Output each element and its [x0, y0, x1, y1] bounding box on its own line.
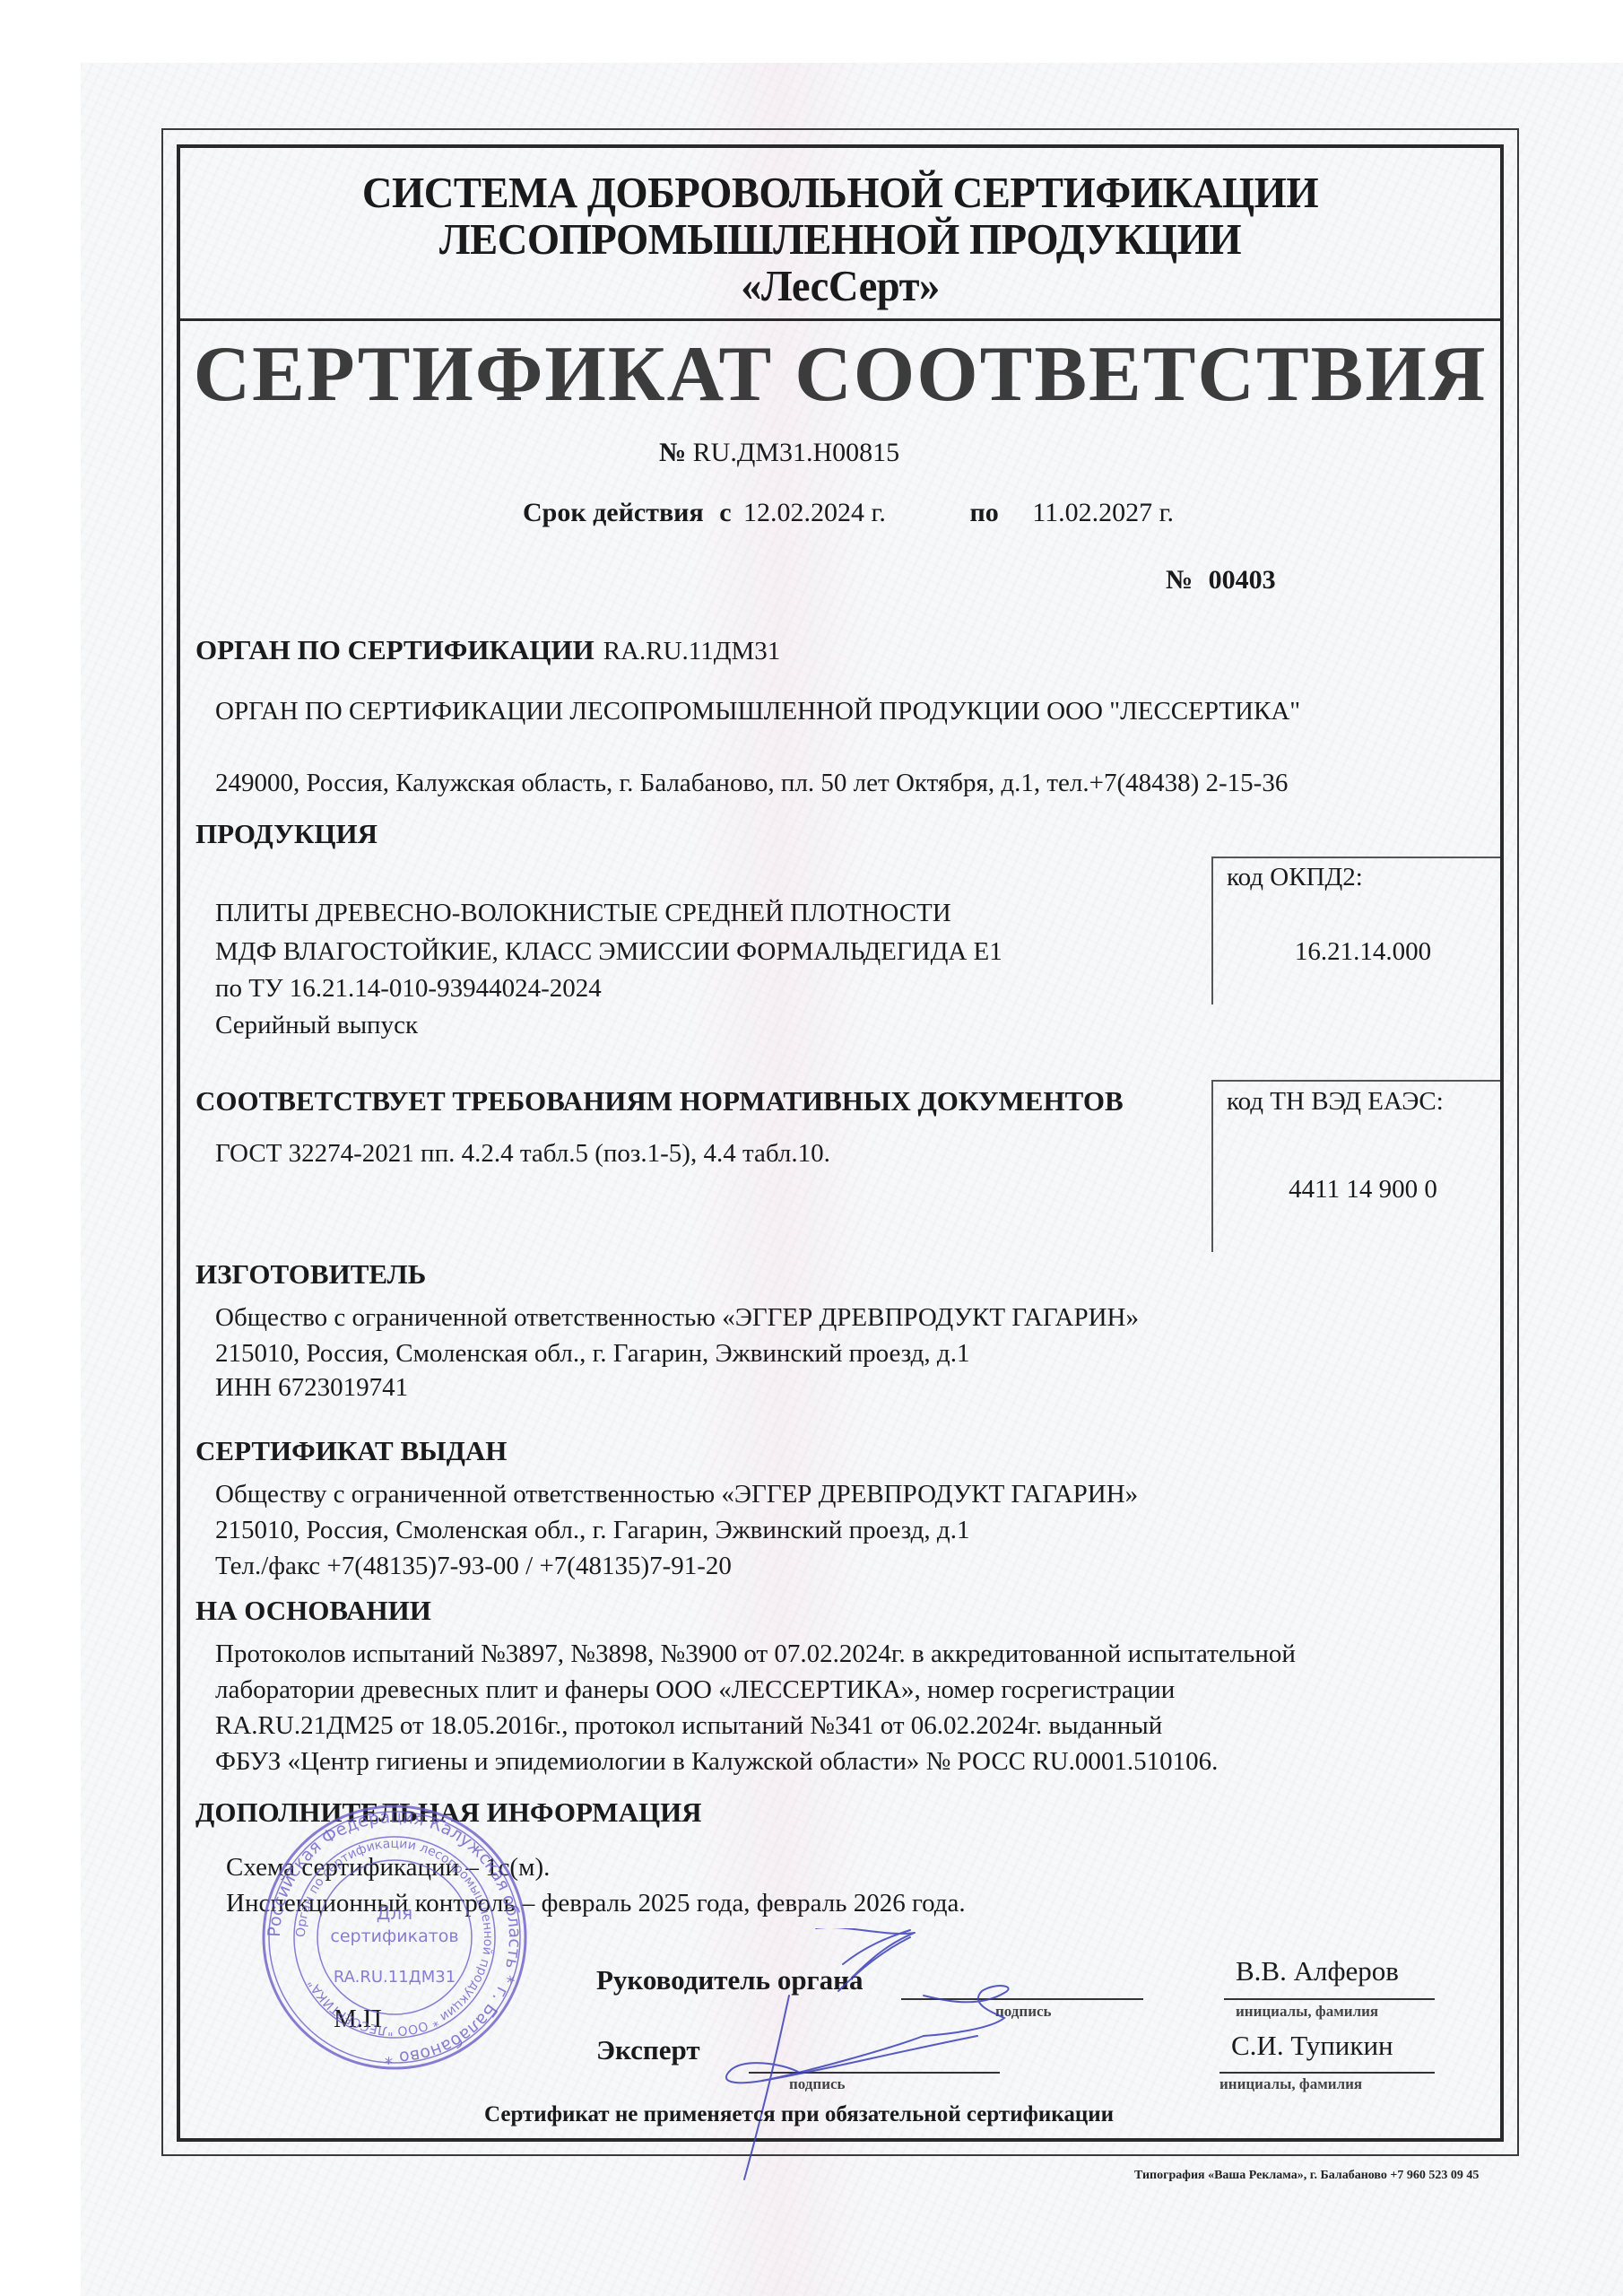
- validity-to-label: по: [969, 498, 998, 527]
- expert-name-caption: инициалы, фамилия: [1219, 2075, 1362, 2093]
- tnved-value: 4411 14 900 0: [1228, 1175, 1497, 1205]
- basis-heading: НА ОСНОВАНИИ: [195, 1595, 431, 1627]
- stamp-center-line2: сертификатов: [330, 1926, 458, 1946]
- handwritten-signature: [708, 1928, 1085, 2197]
- compliance-heading: СООТВЕТСТВУЕТ ТРЕБОВАНИЯМ НОРМАТИВНЫХ ДО…: [195, 1085, 1124, 1118]
- product-line: по ТУ 16.21.14-010-93944024-2024: [215, 974, 602, 1004]
- stamp-center-line1: Для: [377, 1902, 412, 1924]
- basis-line: ФБУЗ «Центр гигиены и эпидемиологии в Ка…: [215, 1747, 1218, 1777]
- certificate-number-value: RU.ДМ31.Н00815: [693, 438, 899, 467]
- product-line: ПЛИТЫ ДРЕВЕСНО-ВОЛОКНИСТЫЕ СРЕДНЕЙ ПЛОТН…: [215, 899, 951, 928]
- issued-to-line: Обществу с ограниченной ответственностью…: [215, 1480, 1138, 1509]
- header-divider: [177, 318, 1504, 321]
- manufacturer-line: ИНН 6723019741: [215, 1373, 408, 1403]
- product-line: МДФ ВЛАГОСТОЙКИЕ, КЛАСС ЭМИССИИ ФОРМАЛЬД…: [215, 937, 1002, 967]
- manufacturer-line: 215010, Россия, Смоленская обл., г. Гага…: [215, 1339, 969, 1369]
- product-line: Серийный выпуск: [215, 1011, 418, 1040]
- manufacturer-line: Общество с ограниченной ответственностью…: [215, 1303, 1139, 1333]
- manufacturer-heading: ИЗГОТОВИТЕЛЬ: [195, 1258, 426, 1291]
- certificate-number: № RU.ДМ31.Н00815: [659, 438, 899, 468]
- head-name-caption: инициалы, фамилия: [1236, 2003, 1378, 2021]
- validity-period: Срок действия с 12.02.2024 г. по 11.02.2…: [523, 498, 1174, 528]
- system-title-line1: СИСТЕМА ДОБРОВОЛЬНОЙ СЕРТИФИКАЦИИ: [210, 167, 1471, 218]
- blank-number-sign: №: [1166, 565, 1193, 595]
- system-name: «ЛесСерт»: [210, 260, 1471, 311]
- head-name: В.В. Алферов: [1236, 1955, 1399, 1987]
- basis-line: RA.RU.21ДМ25 от 18.05.2016г., протокол и…: [215, 1711, 1162, 1741]
- certification-body-name: ОРГАН ПО СЕРТИФИКАЦИИ ЛЕСОПРОМЫШЛЕННОЙ П…: [215, 697, 1300, 726]
- okpd2-box-left: [1211, 857, 1213, 1004]
- stamp-center-line3: RA.RU.11ДМ31: [334, 1968, 456, 1987]
- round-seal-stamp: Российская Федерация Калужская область *…: [260, 1803, 529, 2072]
- printer-imprint: Типография «Ваша Реклама», г. Балабаново…: [1134, 2169, 1479, 2183]
- validity-from-date: 12.02.2024 г.: [743, 498, 886, 527]
- expert-name: С.И. Тупикин: [1231, 2030, 1393, 2062]
- issued-to-line: 215010, Россия, Смоленская обл., г. Гага…: [215, 1516, 969, 1545]
- validity-from-label: с: [719, 498, 731, 527]
- product-heading: ПРОДУКЦИЯ: [195, 818, 378, 850]
- validity-to-date: 11.02.2027 г.: [1032, 498, 1174, 527]
- okpd2-label: код ОКПД2:: [1227, 863, 1363, 892]
- footer-note: Сертификат не применяется при обязательн…: [484, 2102, 1114, 2127]
- certification-body-heading-row: ОРГАН ПО СЕРТИФИКАЦИИ RA.RU.11ДМ31: [195, 634, 780, 666]
- compliance-standard: ГОСТ 32274-2021 пп. 4.2.4 табл.5 (поз.1-…: [215, 1139, 830, 1169]
- system-title-line2: ЛЕСОПРОМЫШЛЕННОЙ ПРОДУКЦИИ: [210, 213, 1471, 265]
- expert-name-line: [1219, 2072, 1435, 2074]
- tnved-box-left: [1211, 1080, 1213, 1252]
- issued-to-heading: СЕРТИФИКАТ ВЫДАН: [195, 1435, 507, 1467]
- head-name-line: [1224, 1998, 1435, 2000]
- number-sign: №: [659, 438, 686, 467]
- basis-line: лаборатории древесных плит и фанеры ООО …: [215, 1675, 1175, 1705]
- blank-number-value: 00403: [1209, 565, 1276, 595]
- expert-label: Эксперт: [596, 2034, 700, 2066]
- certification-body-address: 249000, Россия, Калужская область, г. Ба…: [215, 769, 1288, 798]
- issued-to-line: Тел./факс +7(48135)7-93-00 / +7(48135)7-…: [215, 1552, 732, 1581]
- certification-body-heading: ОРГАН ПО СЕРТИФИКАЦИИ: [195, 634, 595, 665]
- certification-body-reg-number: RA.RU.11ДМ31: [603, 637, 781, 665]
- document-title: СЕРТИФИКАТ СООТВЕТСТВИЯ: [177, 329, 1504, 420]
- blank-number: № 00403: [1166, 565, 1276, 596]
- okpd2-box-top: [1211, 857, 1500, 858]
- okpd2-value: 16.21.14.000: [1228, 937, 1497, 967]
- tnved-box-top: [1211, 1080, 1500, 1082]
- basis-line: Протоколов испытаний №3897, №3898, №3900…: [215, 1639, 1296, 1669]
- validity-label: Срок действия: [523, 498, 704, 527]
- tnved-label: код ТН ВЭД ЕАЭС:: [1227, 1087, 1444, 1117]
